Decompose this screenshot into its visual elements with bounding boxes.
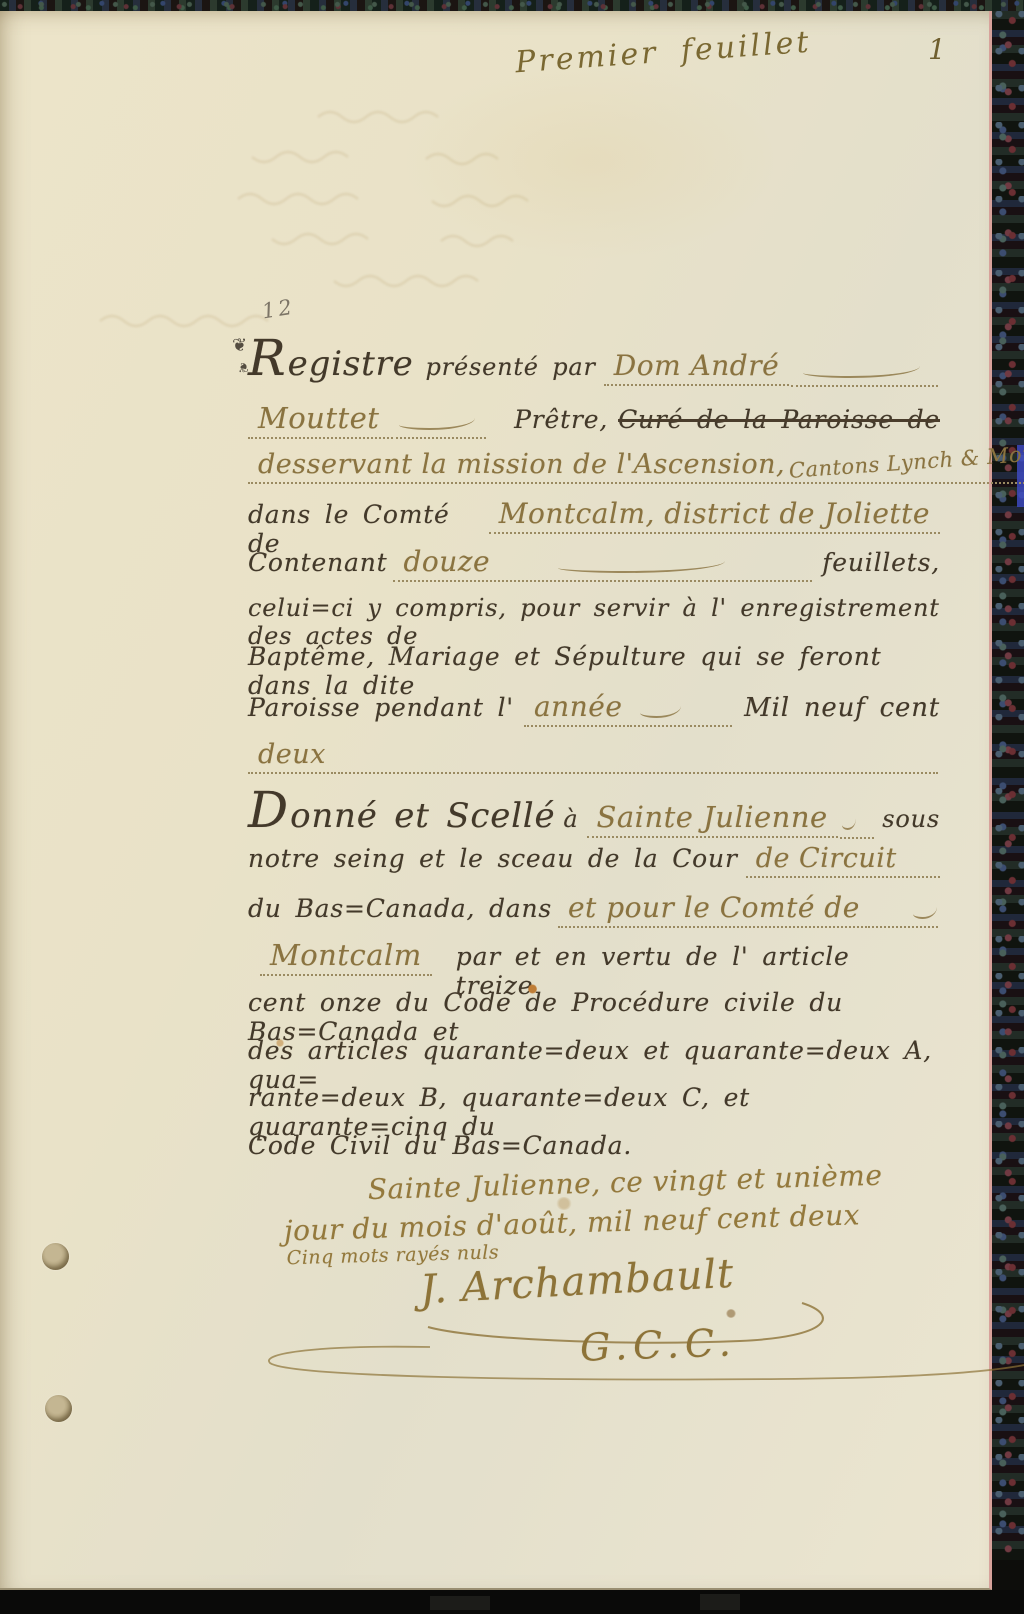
printed-donne-scelle: Donné et Scellé bbox=[248, 781, 555, 839]
marbled-book-edge-top bbox=[0, 0, 1024, 11]
entry-cour: de Circuit bbox=[746, 843, 940, 878]
form-line-seing: notre seing et le sceau de la Cour de Ci… bbox=[248, 843, 940, 878]
printed-registre: Registre bbox=[248, 329, 414, 387]
entry-presenter-name: Dom André bbox=[604, 349, 789, 386]
printed-a: à bbox=[563, 805, 578, 833]
marbled-book-edge-right bbox=[992, 11, 1024, 1560]
punch-hole bbox=[42, 1243, 69, 1270]
blank-leader bbox=[791, 367, 938, 387]
printed-feuillets: feuillets, bbox=[822, 548, 940, 577]
ink-bleedthrough bbox=[78, 89, 558, 339]
register-scan: Premier feuillet 1 12 ❦ ❦ Registre prése… bbox=[0, 0, 1024, 1614]
blank-leader bbox=[502, 562, 812, 582]
printed-bas-canada: du Bas=Canada, dans bbox=[248, 894, 552, 923]
blank-leader bbox=[840, 819, 875, 839]
pen-dash bbox=[842, 818, 857, 830]
blank-leader bbox=[338, 754, 938, 774]
printed-cure-struck: Curé de la Paroisse de bbox=[618, 405, 940, 434]
scanner-bed bbox=[0, 1590, 1024, 1614]
page-number: 1 bbox=[928, 33, 946, 66]
entry-lieu: Sainte Julienne bbox=[587, 800, 838, 838]
printed-paroisse-pendant: Paroisse pendant l' bbox=[248, 693, 514, 722]
entry-mission-note: Cantons Lynch & Mousseau bbox=[788, 437, 1024, 483]
entry-feuillet-count: douze bbox=[393, 545, 500, 582]
floral-ornament-icon: ❦ bbox=[232, 335, 247, 356]
printed-code-civil: Code Civil du Bas=Canada. bbox=[248, 1131, 632, 1160]
entry-annee-value: deux bbox=[248, 739, 336, 774]
form-line-deux: deux bbox=[248, 739, 940, 774]
printed-contenant: Contenant bbox=[248, 548, 387, 577]
pen-dash bbox=[558, 561, 725, 573]
cradle-mark bbox=[700, 1594, 740, 1610]
form-line-donne: Donné et Scellé à Sainte Julienne sous bbox=[248, 781, 940, 839]
form-line-code-civil: Code Civil du Bas=Canada. bbox=[248, 1131, 940, 1160]
blank-leader bbox=[391, 419, 486, 439]
form-line-pretre: Mouttet Prêtre, Curé de la Paroisse de bbox=[248, 401, 940, 439]
printed-mil-neuf-cent: Mil neuf cent bbox=[744, 693, 940, 723]
pen-dash bbox=[913, 907, 937, 919]
form-line-annee: Paroisse pendant l' année Mil neuf cent bbox=[248, 690, 940, 727]
punch-hole bbox=[45, 1395, 72, 1422]
entry-comte: Montcalm, district de Joliette bbox=[489, 497, 940, 534]
entry-annee: année bbox=[524, 690, 632, 727]
form-line-registre: ❦ ❦ Registre présenté par Dom André bbox=[248, 329, 940, 387]
form-line-bas-canada: du Bas=Canada, dans et pour le Comté de bbox=[248, 891, 940, 928]
pen-dash bbox=[803, 366, 921, 378]
entry-et-pour-comte: et pour le Comté de bbox=[558, 891, 870, 928]
printed-pretre: Prêtre, bbox=[514, 405, 608, 434]
form-line-mission: desservant la mission de l'Ascension, Ca… bbox=[248, 449, 940, 484]
pen-dash bbox=[640, 706, 681, 718]
entry-montcalm: Montcalm bbox=[260, 938, 432, 976]
entry-mission-main: desservant la mission de l'Ascension, bbox=[258, 449, 785, 480]
printed-seing: notre seing et le sceau de la Cour bbox=[248, 844, 738, 873]
printed-presente-par: présenté par bbox=[426, 353, 596, 381]
floral-ornament-icon: ❦ bbox=[238, 359, 249, 374]
blank-leader bbox=[872, 908, 938, 928]
register-page: Premier feuillet 1 12 ❦ ❦ Registre prése… bbox=[0, 11, 992, 1590]
cradle-mark bbox=[430, 1596, 490, 1610]
pencil-annotation: 12 bbox=[260, 295, 296, 324]
form-line-contenant: Contenant douze feuillets, bbox=[248, 545, 940, 582]
entry-surname: Mouttet bbox=[248, 401, 389, 439]
signature-initials: G.C.C. bbox=[579, 1320, 737, 1369]
printed-sous: sous bbox=[882, 805, 940, 833]
blank-leader bbox=[634, 707, 732, 727]
entry-mission: desservant la mission de l'Ascension, Ca… bbox=[248, 449, 1024, 484]
signature-initials-block: G.C.C. bbox=[470, 1323, 890, 1403]
pen-dash bbox=[399, 418, 475, 430]
